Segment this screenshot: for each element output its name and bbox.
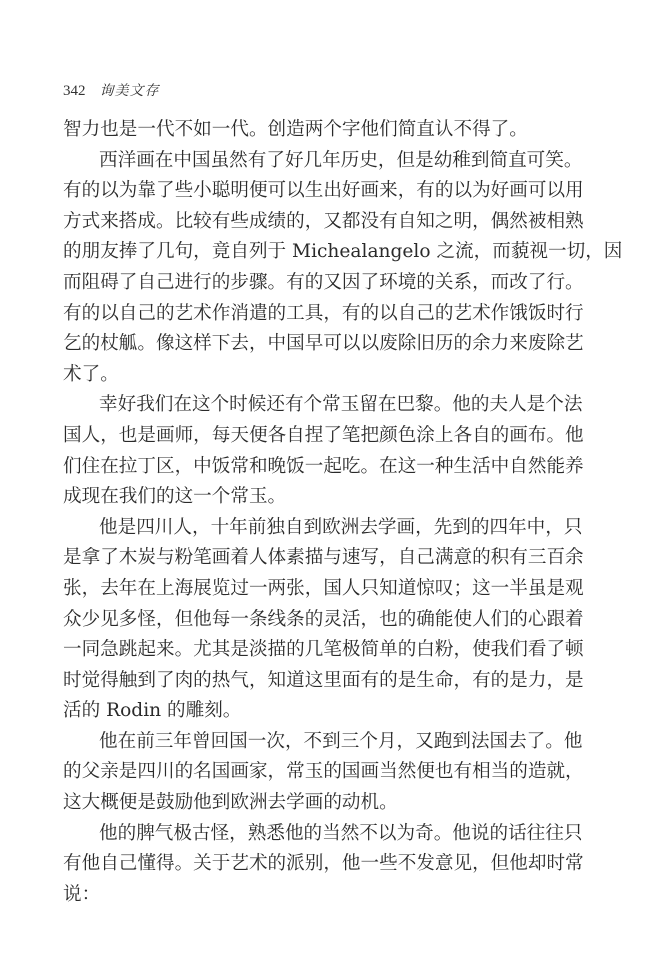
text-line: 说： — [63, 880, 579, 911]
text-line: 时觉得触到了肉的热气，知道这里面有的是生命，有的是力，是 — [63, 666, 579, 697]
text-line: 成现在我们的这一个常玉。 — [63, 482, 579, 513]
text-line: 张，去年在上海展览过一两张，国人只知道惊叹；这一半虽是观 — [63, 574, 579, 605]
page-body: 智力也是一代不如一代。创造两个字他们简直认不得了。 西洋画在中国虽然有了好几年历… — [63, 115, 579, 910]
book-title: 询美文存 — [100, 83, 160, 99]
text-line: 智力也是一代不如一代。创造两个字他们简直认不得了。 — [63, 115, 579, 146]
running-header: 342询美文存 — [63, 80, 160, 100]
text-line: 一同急跳起来。尤其是淡描的几笔极简单的白粉，使我们看了顿 — [63, 635, 579, 666]
text-line: 幸好我们在这个时候还有个常玉留在巴黎。他的夫人是个法 — [63, 390, 579, 421]
text-line: 有的以为靠了些小聪明便可以生出好画来，有的以为好画可以用 — [63, 176, 579, 207]
text-line: 们住在拉丁区，中饭常和晚饭一起吃。在这一种生活中自然能养 — [63, 452, 579, 483]
text-line: 是拿了木炭与粉笔画着人体素描与速写，自己满意的积有三百余 — [63, 543, 579, 574]
text-line: 国人，也是画师，每天便各自捏了笔把颜色涂上各自的画布。他 — [63, 421, 579, 452]
text-line: 有的以自己的艺术作消遣的工具，有的以自己的艺术作饿饭时行 — [63, 299, 579, 330]
text-line: 西洋画在中国虽然有了好几年历史，但是幼稚到简直可笑。 — [63, 146, 579, 177]
text-line: 他的脾气极古怪，熟悉他的当然不以为奇。他说的话往往只 — [63, 819, 579, 850]
text-line: 方式来搭成。比较有些成绩的，又都没有自知之明，偶然被相熟 — [63, 207, 579, 238]
text-line: 而阻碍了自己进行的步骤。有的又因了环境的关系，而改了行。 — [63, 268, 579, 299]
text-line: 活的 Rodin 的雕刻。 — [63, 696, 579, 727]
text-line: 这大概便是鼓励他到欧洲去学画的动机。 — [63, 788, 579, 819]
text-line: 术了。 — [63, 360, 579, 391]
text-line: 的父亲是四川的名国画家，常玉的国画当然便也有相当的造就， — [63, 757, 579, 788]
text-line: 众少见多怪，但他每一条线条的灵活，也的确能使人们的心跟着 — [63, 605, 579, 636]
text-line: 他是四川人，十年前独自到欧洲去学画，先到的四年中，只 — [63, 513, 579, 544]
page-number: 342 — [63, 83, 86, 99]
text-line: 他在前三年曾回国一次，不到三个月，又跑到法国去了。他 — [63, 727, 579, 758]
text-line: 的朋友捧了几句，竟自列于 Michealangelo 之流，而藐视一切，因 — [63, 237, 579, 268]
text-line: 乞的杖觚。像这样下去，中国早可以以废除旧历的余力来废除艺 — [63, 329, 579, 360]
text-line: 有他自己懂得。关于艺术的派别，他一些不发意见，但他却时常 — [63, 849, 579, 880]
